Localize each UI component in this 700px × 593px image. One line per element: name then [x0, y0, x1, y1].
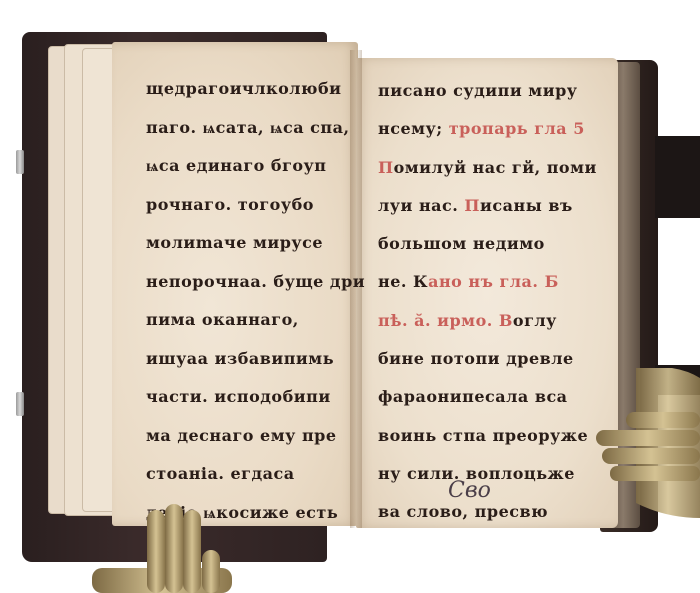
text-line: Помилуй нас гй, поми — [378, 149, 597, 187]
rubric-text: ано нъ гла. Б — [428, 272, 559, 291]
text-line: луи нас. Писаны въ — [378, 187, 597, 225]
text-line: пѣ. ӑ. ирмо. Воглу — [378, 302, 597, 340]
text-line: паго. ѩсата, ѩса спа, — [146, 109, 365, 148]
text-line: не. Кано нъ гла. Б — [378, 263, 597, 301]
folio-number: Сво — [448, 478, 491, 503]
text-line: большом недимо — [378, 225, 597, 263]
text-line: ишуаа избавипимь — [146, 340, 365, 379]
text-line: непорочнаа. буще дри — [146, 263, 365, 302]
brass-hand-stand-right — [596, 368, 700, 518]
rubric-initial: П — [464, 196, 480, 215]
metal-clasp — [16, 150, 24, 174]
rubric-text: тропарь гла 5 — [449, 119, 585, 138]
text-line: ма деснаго ему пре — [146, 417, 365, 456]
leather-strap — [655, 136, 700, 218]
rubric-text: пѣ. ӑ. ирмо. В — [378, 311, 513, 330]
text-line: ѩса единаго бгоуп — [146, 147, 365, 186]
text-line: стоанiа. егдаса — [146, 455, 365, 494]
text-line: части. иcподобипи — [146, 378, 365, 417]
text-line: щедрагоичлколюби — [146, 70, 365, 109]
text-line: воинь стпа преоруже — [378, 417, 597, 455]
right-page-text: писано судипи миру нсему; тропарь гла 5 … — [378, 72, 597, 532]
text-line: нсему; тропарь гла 5 — [378, 110, 597, 148]
text-line: молиmаче мируcе — [146, 224, 365, 263]
manuscript-photo: щедрагоичлколюби паго. ѩсата, ѩса спа, ѩ… — [0, 0, 700, 593]
text-line: писано судипи миру — [378, 72, 597, 110]
metal-clasp — [16, 392, 24, 416]
left-page-text: щедрагоичлколюби паго. ѩсата, ѩса спа, ѩ… — [146, 70, 365, 532]
text-line: пима оканнаго, — [146, 301, 365, 340]
text-line: бине потопи древле — [378, 340, 597, 378]
text-line: фараонипесала вса — [378, 378, 597, 416]
rubric-initial: П — [378, 158, 394, 177]
text-line: рочнаго. тогоубо — [146, 186, 365, 225]
brass-hand-stand-bottom — [92, 498, 232, 593]
